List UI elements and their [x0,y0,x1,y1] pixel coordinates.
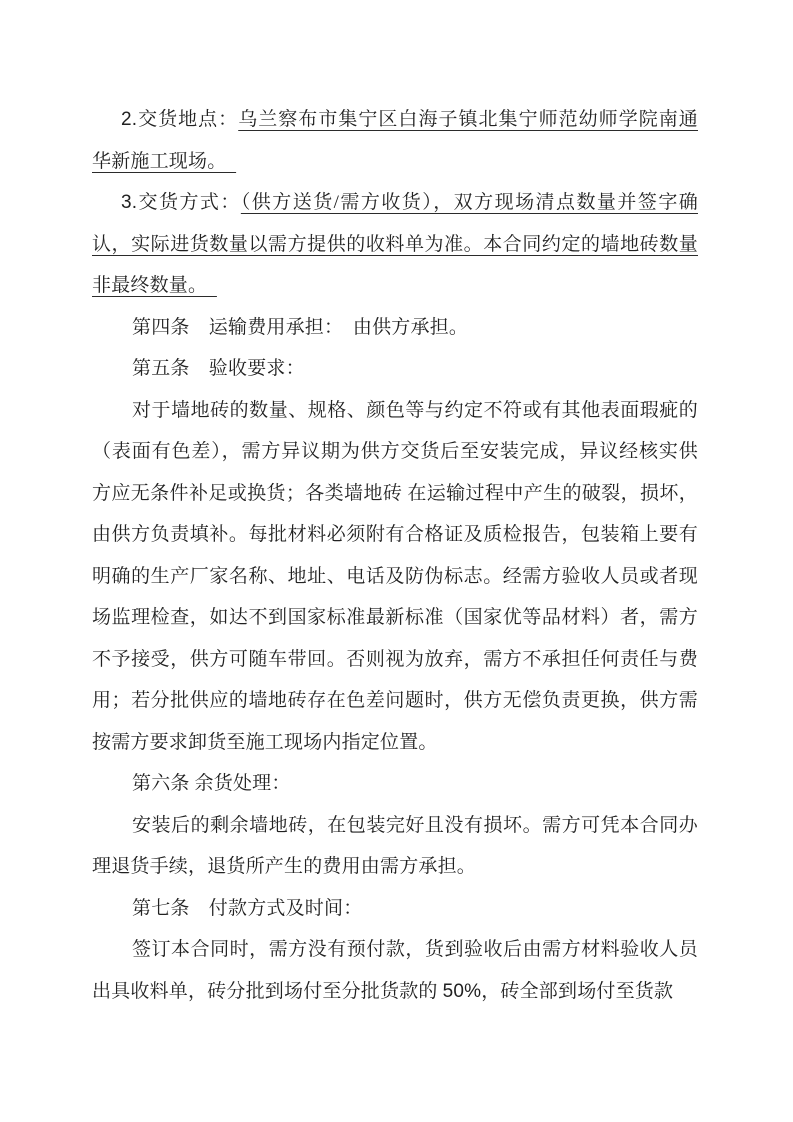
text-line: 场监理检查，如达不到国家标准最新标准（国家优等品材料）者，需方 [92,597,698,639]
text-segment: 明确的生产厂家名称、地址、电话及防伪标志。经需方验收人员或者现 [92,566,698,587]
text-segment: 由供方负责填补。每批材料必须附有合格证及质检报告，包装箱上要有 [92,524,698,545]
text-segment: 理退货手续，退货所产生的费用由需方承担。 [92,856,476,877]
text-line: 华新施工现场。 [92,141,698,183]
text-segment: 2. [121,109,137,130]
text-line: 理退货手续，退货所产生的费用由需方承担。 [92,846,698,888]
text-segment: 认，实际进货数量以需方提供的收料单为准。本合同约定的墙地砖数量 [92,234,698,255]
text-line: 认，实际进货数量以需方提供的收料单为准。本合同约定的墙地砖数量 [92,224,698,266]
text-segment: （表面有色差），需方异议期为供方交货后至安装完成，异议经核实供 [92,441,698,462]
text-segment: 签订本合同时，需方没有预付款，货到验收后由需方材料验收人员 [132,939,698,960]
text-line: 非最终数量。 [92,265,698,307]
text-segment: 出具收料单，砖分批到场付至分批货款的 [92,981,443,1002]
text-segment: 安装后的剩余墙地砖，在包装完好且没有损坏。需方可凭本合同办 [132,815,698,836]
document-body: 2.交货地点：乌兰察布市集宁区白海子镇北集宁师范幼师学院南通华新施工现场。 3.… [92,99,698,1012]
text-segment: 第七条 付款方式及时间： [132,898,362,919]
text-line: 对于墙地砖的数量、规格、颜色等与约定不符或有其他表面瑕疵的 [92,390,698,432]
text-line: 方应无条件补足或换货；各类墙地砖 在运输过程中产生的破裂，损坏， [92,473,698,515]
text-segment: 第五条 验收要求： [132,358,305,379]
text-segment: 交货地点： [137,109,238,130]
text-segment: 乌兰察布市集宁区白海子镇北集宁师范幼师学院南通 [238,109,698,130]
text-line: 3.交货方式：（供方送货/需方收货），双方现场清点数量并签字确 [92,182,698,224]
text-line: 由供方负责填补。每批材料必须附有合格证及质检报告，包装箱上要有 [92,514,698,556]
text-segment: 非最终数量。 [92,275,217,296]
text-segment: 3. [121,192,137,213]
text-line: 第七条 付款方式及时间： [92,888,698,930]
text-segment: 不予接受，供方可随车带回。否则视为放弃，需方不承担任何责任与费 [92,649,698,670]
text-line: 第五条 验收要求： [92,348,698,390]
text-line: （表面有色差），需方异议期为供方交货后至安装完成，异议经核实供 [92,431,698,473]
text-segment: （供方送货/需方收货），双方现场清点数量并签字确 [241,192,698,213]
text-segment: 对于墙地砖的数量、规格、颜色等与约定不符或有其他表面瑕疵的 [132,400,698,421]
text-line: 出具收料单，砖分批到场付至分批货款的 50%，砖全部到场付至货款 [92,971,698,1013]
document-page: 2.交货地点：乌兰察布市集宁区白海子镇北集宁师范幼师学院南通华新施工现场。 3.… [0,0,793,1122]
text-line: 安装后的剩余墙地砖，在包装完好且没有损坏。需方可凭本合同办 [92,805,698,847]
text-segment: 华新施工现场。 [92,151,236,172]
text-segment: 第六条 余货处理： [132,773,291,794]
text-line: 用；若分批供应的墙地砖存在色差问题时，供方无偿负责更换，供方需 [92,680,698,722]
text-segment: 50% [443,981,482,1002]
text-segment: 方应无条件补足或换货；各类墙地砖 在运输过程中产生的破裂，损坏， [92,483,698,504]
text-segment: 第四条 运输费用承担： 由供方承担。 [132,317,468,338]
text-line: 签订本合同时，需方没有预付款，货到验收后由需方材料验收人员 [92,929,698,971]
text-line: 明确的生产厂家名称、地址、电话及防伪标志。经需方验收人员或者现 [92,556,698,598]
text-segment: ，砖全部到场付至货款 [481,981,673,1002]
text-line: 2.交货地点：乌兰察布市集宁区白海子镇北集宁师范幼师学院南通 [92,99,698,141]
text-line: 第四条 运输费用承担： 由供方承担。 [92,307,698,349]
text-line: 不予接受，供方可随车带回。否则视为放弃，需方不承担任何责任与费 [92,639,698,681]
text-segment: 用；若分批供应的墙地砖存在色差问题时，供方无偿负责更换，供方需 [92,690,698,711]
text-segment: 按需方要求卸货至施工现场内指定位置。 [92,732,438,753]
text-line: 第六条 余货处理： [92,763,698,805]
text-segment: 交货方式： [137,192,241,213]
text-line: 按需方要求卸货至施工现场内指定位置。 [92,722,698,764]
text-segment: 场监理检查，如达不到国家标准最新标准（国家优等品材料）者，需方 [92,607,698,628]
